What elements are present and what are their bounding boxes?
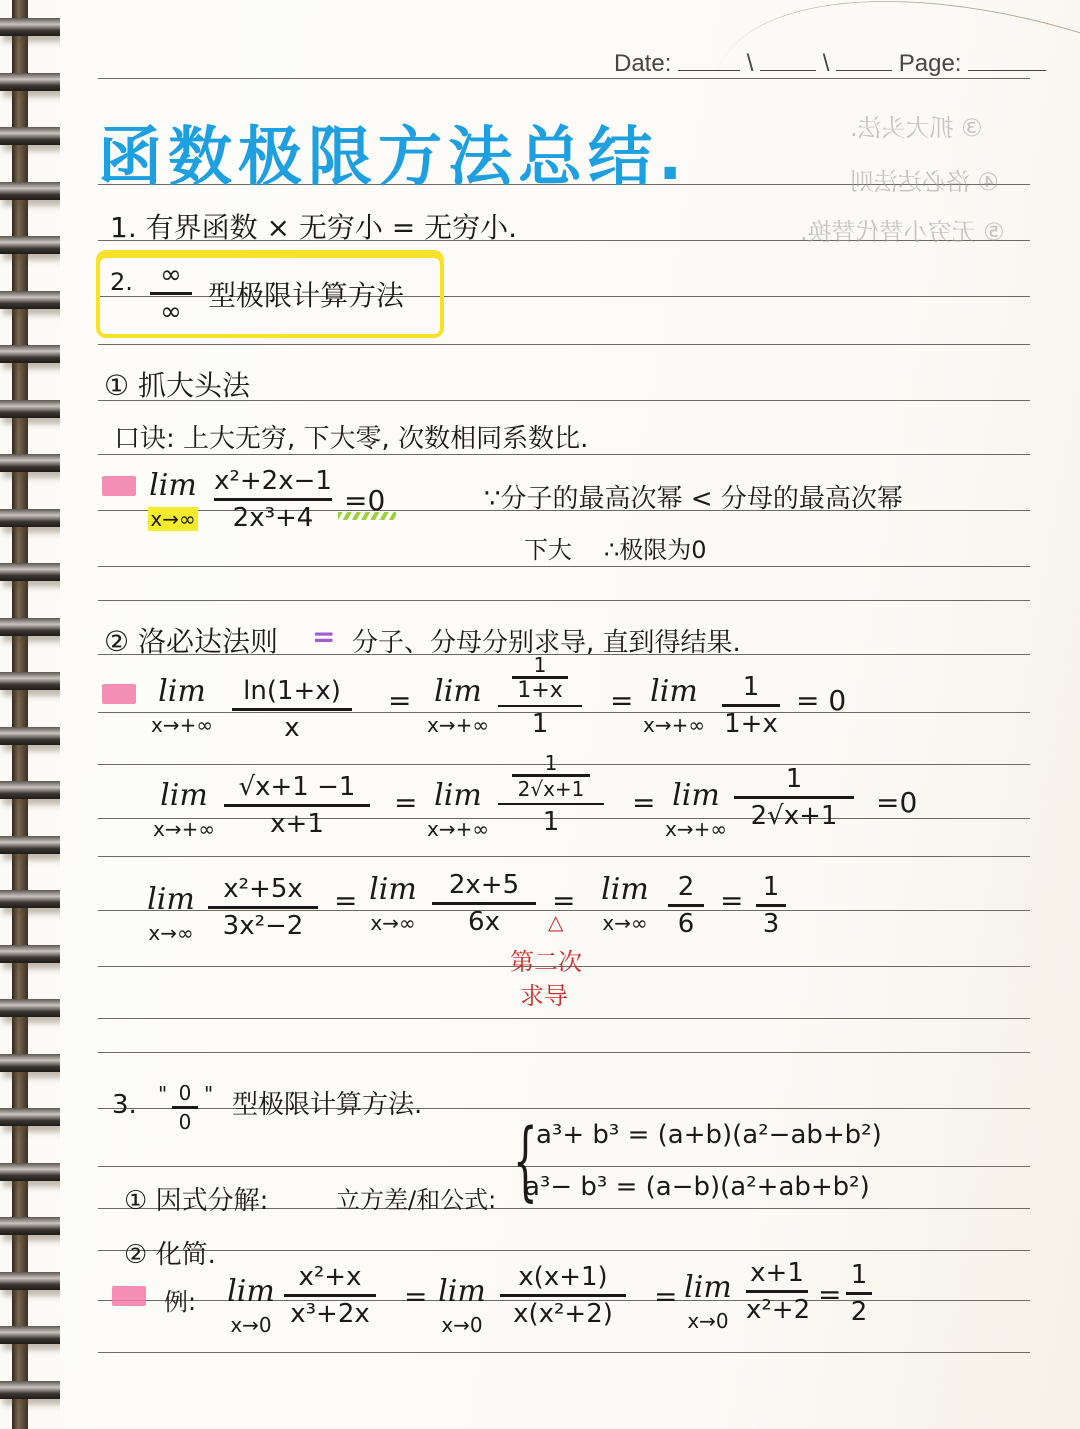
ex2-fraction-3: 1 2√x+1 — [734, 764, 854, 831]
limit-operator: lim x→0 — [434, 1276, 490, 1338]
bleed-through-line-2: ④ 洛必达法则 — [850, 162, 999, 197]
page-header: Date: \ \ Page: — [614, 50, 1046, 78]
ruled-line — [98, 1250, 1030, 1251]
ruled-line — [98, 600, 1030, 601]
ruled-line — [98, 1166, 1030, 1167]
ex2-result: =0 — [876, 786, 917, 819]
ex1-fraction-3: 1 1+x — [722, 672, 780, 739]
date-year-blank — [836, 70, 892, 71]
page-title: 函数极限方法总结. — [98, 106, 688, 198]
ex3-fraction-3: 2 6 — [668, 872, 704, 939]
ruled-line — [98, 856, 1030, 857]
date-day-blank — [678, 70, 740, 71]
example-fraction: x²+2x−1 2x³+4 — [214, 466, 332, 533]
purple-equals-mark: = — [312, 620, 335, 653]
section-2-fraction: ∞ ∞ — [150, 260, 192, 327]
section-3-fraction: 0 0 — [172, 1082, 198, 1133]
date-sep-1: \ — [747, 50, 754, 77]
equals-sign: = — [654, 1280, 677, 1313]
method-1-mnemonic: 口诀: 上大无穷, 下大零, 次数相同系数比. — [114, 418, 588, 455]
pink-marker — [112, 1286, 146, 1306]
s3-fraction-1: x²+x x³+2x — [284, 1262, 376, 1329]
equals-sign: = — [394, 786, 417, 819]
sum-of-cubes-formula: a³+ b³ = (a+b)(a²−ab+b²) — [536, 1120, 882, 1150]
s3-result-fraction: 1 2 — [846, 1260, 872, 1327]
section-3-method-2-label: ② 化简. — [124, 1234, 216, 1271]
page-label: Page: — [899, 50, 962, 77]
limit-operator: lim x→∞ — [592, 874, 658, 936]
limit-operator: lim x→+∞ — [420, 780, 496, 842]
ruled-line — [98, 1018, 1030, 1019]
s3-fraction-2: x(x+1) x(x²+2) — [500, 1262, 626, 1329]
example-label: 例: — [164, 1282, 196, 1317]
equals-sign: = — [388, 684, 411, 717]
ex3-result-fraction: 1 3 — [756, 872, 786, 939]
note-line-2b: ∴极限为0 — [604, 530, 707, 565]
difference-of-cubes-formula: a³− b³ = (a−b)(a²+ab+b²) — [524, 1172, 870, 1202]
limit-operator: lim x→0 — [226, 1276, 276, 1338]
limit-operator: lim x→+∞ — [636, 676, 712, 738]
date-label: Date: — [614, 50, 671, 77]
triangle-mark: △ — [548, 910, 563, 934]
ruled-line — [98, 1052, 1030, 1053]
section-3-heading: 型极限计算方法. — [232, 1084, 422, 1121]
quote-close: " — [204, 1082, 213, 1106]
section-3-number: 3. — [112, 1090, 137, 1120]
limit-operator: lim x→+∞ — [420, 676, 496, 738]
limit-operator: lim x→∞ — [140, 470, 206, 532]
limit-operator: lim x→+∞ — [144, 780, 224, 842]
page-number-blank — [968, 70, 1046, 71]
ex1-result: = 0 — [796, 684, 846, 717]
ex3-fraction-1: x²+5x 3x²−2 — [208, 874, 318, 941]
ex2-fraction-2: 1 2√x+1 1 — [498, 752, 604, 837]
method-1-label: ① 抓大头法 — [104, 364, 250, 404]
note-line-2a: 下大 — [524, 530, 572, 565]
limit-operator: lim x→+∞ — [142, 676, 222, 738]
section-2-heading: 型极限计算方法 — [208, 274, 404, 314]
date-month-blank — [760, 70, 816, 71]
ruled-line — [98, 566, 1030, 567]
equals-sign: = — [610, 684, 633, 717]
ex1-fraction-1: ln(1+x) x — [232, 676, 352, 743]
date-sep-2: \ — [823, 50, 830, 77]
green-squiggle-underline — [338, 512, 396, 520]
section-3-method-1-label: ① 因式分解: — [124, 1180, 268, 1217]
limit-operator: lim x→0 — [680, 1272, 736, 1334]
quote-open: " — [158, 1082, 167, 1106]
annotation-second-derivative-1: 第二次 — [510, 942, 582, 977]
ruled-line — [98, 1352, 1030, 1353]
equals-sign: = — [720, 884, 743, 917]
equals-sign: = — [334, 884, 357, 917]
ex3-fraction-2: 2x+5 6x — [432, 870, 536, 937]
equals-sign: = — [632, 786, 655, 819]
bleed-through-line-3: ⑤ 无穷小替代替换. — [800, 212, 1005, 247]
binding-spine — [12, 0, 28, 1429]
limit-operator: lim x→+∞ — [658, 780, 734, 842]
ex1-fraction-2: 1 1+x 1 — [498, 654, 582, 739]
limit-subscript: x→∞ — [148, 507, 197, 531]
ex2-fraction-1: √x+1 −1 x+1 — [224, 772, 370, 839]
pink-marker — [102, 476, 136, 496]
equals-sign: = — [404, 1280, 427, 1313]
s3-fraction-3: x+1 x²+2 — [746, 1258, 808, 1325]
cube-formula-label: 立方差/和公式: — [336, 1180, 496, 1215]
ruled-line — [98, 344, 1030, 345]
limit-operator: lim x→∞ — [138, 884, 204, 946]
section-2-number: 2. — [110, 268, 133, 296]
method-2-label: ② 洛必达法则 — [104, 620, 278, 660]
equals-sign: = — [818, 1278, 841, 1311]
section-1-rule: 1. 有界函数 × 无穷小 = 无穷小. — [110, 206, 517, 246]
annotation-second-derivative-2: 求导 — [520, 976, 568, 1011]
limit-operator: lim x→∞ — [360, 874, 426, 936]
bleed-through-line-1: ③ 抓大头法. — [850, 108, 983, 143]
note-line-1: ∵分子的最高次幂 < 分母的最高次幂 — [484, 478, 903, 515]
pink-marker — [102, 684, 136, 704]
